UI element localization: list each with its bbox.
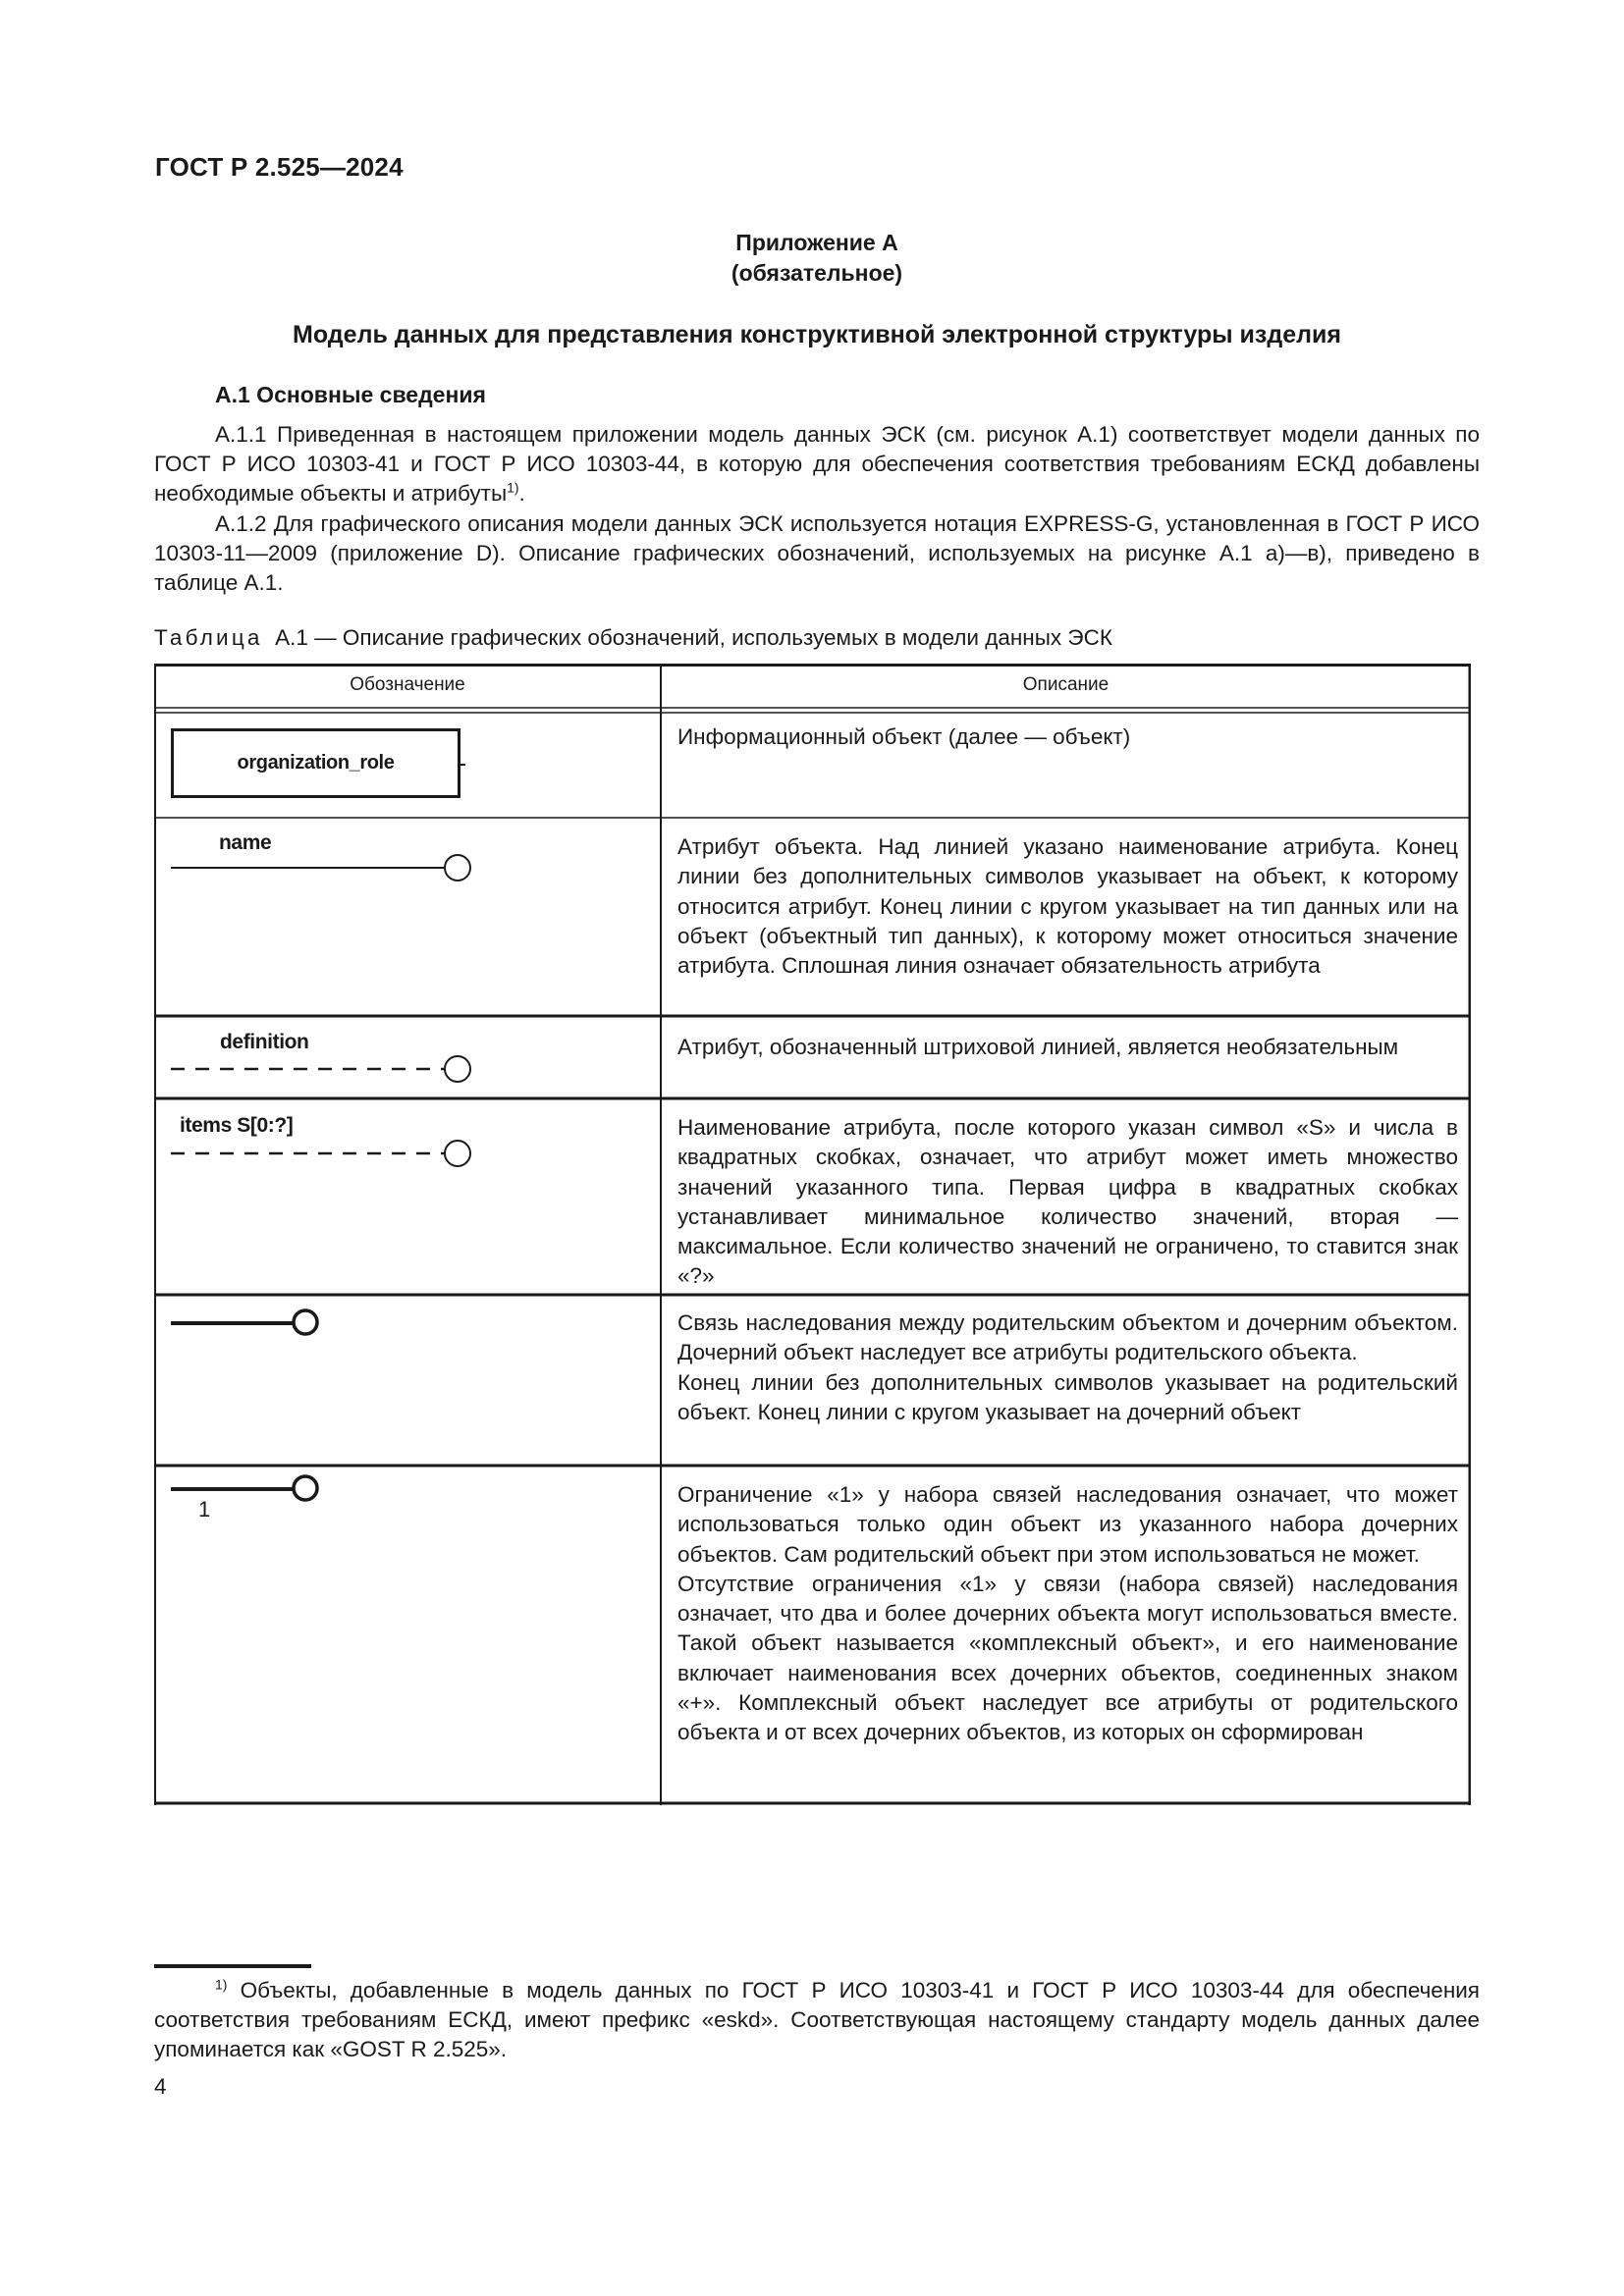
symbols-table: Обозначение Описание organization_role И… [154, 664, 1471, 1805]
table-caption-text: А.1 — Описание графических обозначений, … [263, 625, 1112, 650]
inheritance-line-icon [154, 1306, 351, 1345]
paragraph-tail: . [519, 481, 525, 506]
footnote-separator [154, 1964, 311, 1968]
row-2-description: Атрибут объекта. Над линией указано наим… [677, 832, 1458, 981]
model-title: Модель данных для представления конструк… [154, 319, 1480, 350]
attribute-items-label: items S[0:?] [180, 1114, 293, 1138]
paragraph-a-1-2: А.1.2 Для графического описания модели д… [154, 509, 1480, 599]
entity-box-symbol: organization_role [171, 728, 460, 798]
section-heading: А.1 Основные сведения [215, 382, 486, 408]
entity-connector-tick [460, 762, 468, 768]
row-1-description: Информационный объект (далее — объект) [677, 722, 1458, 752]
footnote-marker: 1) [215, 1977, 227, 1993]
document-designation: ГОСТ Р 2.525—2024 [155, 152, 404, 183]
row-3-description: Атрибут, обозначенный штриховой линией, … [677, 1033, 1458, 1062]
appendix-title: Приложение А [154, 228, 1480, 258]
footnote-text: Объекты, добавленные в модель данных по … [154, 1978, 1480, 2061]
footnote-ref[interactable]: 1) [507, 480, 518, 496]
appendix-status: (обязательное) [154, 258, 1480, 289]
entity-box-label: organization_role [238, 752, 395, 774]
row-5-description-part-2: Конец линии без дополнительных символов … [677, 1368, 1458, 1428]
footnote: 1) Объекты, добавленные в модель данных … [154, 1976, 1480, 2065]
mandatory-attribute-line-icon [154, 850, 488, 889]
column-header-description: Описание [661, 664, 1471, 707]
table-caption-label: Таблица [154, 625, 263, 650]
paragraph-a-1-1: А.1.1 Приведенная в настоящем приложении… [154, 420, 1480, 509]
row-6-description-part-1: Ограничение «1» у набора связей наследов… [677, 1480, 1458, 1570]
page-number: 4 [154, 2074, 167, 2100]
row-4-description: Наименование атрибута, после которого ук… [677, 1113, 1458, 1292]
optional-attribute-dashed-line-icon [154, 1051, 488, 1091]
row-6-description-part-2: Отсутствие ограничения «1» у связи (набо… [677, 1570, 1458, 1748]
column-header-symbol: Обозначение [154, 664, 661, 707]
oneof-constraint-label: 1 [198, 1497, 210, 1522]
row-5-description: Связь наследования между родительским об… [677, 1308, 1458, 1427]
paragraph-text: А.1.1 Приведенная в настоящем приложении… [154, 422, 1480, 506]
table-caption: Таблица А.1 — Описание графических обозн… [154, 625, 1112, 651]
set-attribute-dashed-line-icon [154, 1136, 488, 1175]
oneof-inheritance-line-icon [154, 1471, 351, 1511]
row-6-description: Ограничение «1» у набора связей наследов… [677, 1480, 1458, 1748]
row-5-description-part-1: Связь наследования между родительским об… [677, 1308, 1458, 1368]
